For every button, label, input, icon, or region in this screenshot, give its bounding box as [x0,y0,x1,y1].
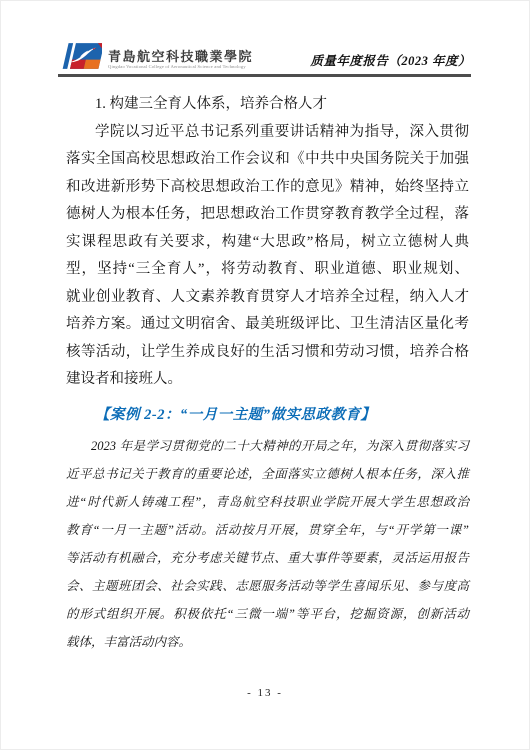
text-line: 近平总书记关于教育的重要论述，全面落实立德树人根本任务，深入推 [66,460,469,488]
text-line: 核等活动，让学生养成良好的生活习惯和劳动习惯，培养合格 [66,339,469,367]
page-header: 青島航空科技職業學院 Qingdao Vocational College of… [58,41,471,77]
text-line: 就业创业教育、人文素养教育贯穿人才培养全过程，纳入人才 [66,284,469,312]
text-line: 教育“一月一主题”活动。活动按月开展，贯穿全年，与“开学第一课” [66,516,469,544]
page-body: 1. 构建三全育人体系，培养合格人才 学院以习近平总书记系列重要讲话精神为指导，… [66,91,469,656]
text-line: 的形式组织开展。积极依托“三微一端”等平台，挖掘资源，创新活动 [66,600,469,628]
text-line: 落实全国高校思想政治工作会议和《中共中央国务院关于加强 [66,146,469,174]
page-number: - 13 - [1,687,529,699]
document-page: 青島航空科技職業學院 Qingdao Vocational College of… [0,0,530,750]
section-heading: 1. 构建三全育人体系，培养合格人才 [66,91,469,119]
text-line: 和改进新形势下高校思想政治工作的意见》精神，始终坚持立 [66,174,469,202]
text-line: 学院以习近平总书记系列重要讲话精神为指导，深入贯彻 [66,119,469,147]
college-name-en: Qingdao Vocational College of Aeronautic… [108,64,253,70]
college-name-zh: 青島航空科技職業學院 [108,49,253,64]
text-line: 等活动有机融合，充分考虑关键节点、重大事件等要素，灵活运用报告 [66,544,469,572]
text-line: 进“时代新人铸魂工程”，青岛航空科技职业学院开展大学生思想政治 [66,488,469,516]
text-line: 建设者和接班人。 [66,366,469,394]
header-brand: 青島航空科技職業學院 Qingdao Vocational College of… [58,41,253,71]
text-line: 培养方案。通过文明宿舍、最美班级评比、卫生清洁区量化考 [66,311,469,339]
case-paragraph: 2023 年是学习贯彻党的二十大精神的开局之年，为深入贯彻落实习近平总书记关于教… [66,432,469,656]
body-paragraph: 学院以习近平总书记系列重要讲话精神为指导，深入贯彻落实全国高校思想政治工作会议和… [66,119,469,394]
report-title: 质量年度报告（2023 年度） [310,51,471,71]
text-line: 实课程思政有关要求，构建“大思政”格局，树立立德树人典 [66,229,469,257]
college-logo-icon [58,41,102,71]
college-name-block: 青島航空科技職業學院 Qingdao Vocational College of… [108,49,253,71]
case-heading: 【案例 2-2：“一月一主题”做实思政教育】 [66,402,469,428]
text-line: 会、主题班团会、社会实践、志愿服务活动等学生喜闻乐见、参与度高 [66,572,469,600]
text-line: 2023 年是学习贯彻党的二十大精神的开局之年，为深入贯彻落实习 [66,432,469,460]
text-line: 德树人为根本任务，把思想政治工作贯穿教育教学全过程，落 [66,201,469,229]
text-line: 载体，丰富活动内容。 [66,628,469,656]
text-line: 型，坚持“三全育人”，将劳动教育、职业道德、职业规划、 [66,256,469,284]
